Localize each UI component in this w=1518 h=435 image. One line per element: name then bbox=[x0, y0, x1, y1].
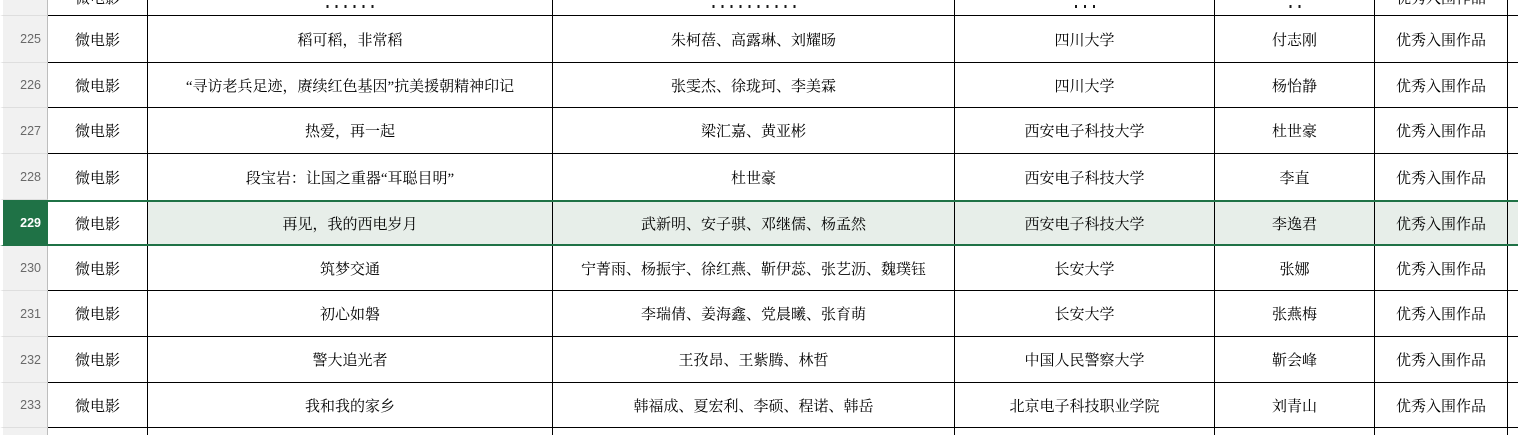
cell-title[interactable]: 段宝岩：让国之重器“耳聪目明” bbox=[148, 154, 553, 200]
cell-university[interactable]: 西安电子科技大学 bbox=[955, 154, 1215, 200]
cell-category[interactable]: 微电影 bbox=[48, 63, 148, 107]
cell-title[interactable]: 稻可稻，非常稻 bbox=[148, 16, 553, 62]
cell-title[interactable] bbox=[148, 428, 553, 435]
cell-extra[interactable] bbox=[1508, 16, 1518, 62]
cell-advisor[interactable]: 刘青山 bbox=[1215, 383, 1375, 427]
cell-extra[interactable] bbox=[1508, 428, 1518, 435]
cell-title[interactable]: 热爱，再一起 bbox=[148, 108, 553, 153]
row-header-231[interactable]: 231 bbox=[0, 291, 48, 337]
table-row: 微电影筑梦交通宁菁雨、杨振宇、徐红燕、靳伊蕊、张艺沥、魏璞钰长安大学张娜优秀入围… bbox=[48, 246, 1518, 291]
cell-advisor[interactable] bbox=[1215, 0, 1375, 15]
cell-authors[interactable]: 宁菁雨、杨振宇、徐红燕、靳伊蕊、张艺沥、魏璞钰 bbox=[553, 246, 955, 290]
cell-university[interactable]: 长安大学 bbox=[955, 291, 1215, 336]
cell-title[interactable]: 再见，我的西电岁月 bbox=[148, 202, 553, 244]
cell-advisor[interactable]: 杨怡静 bbox=[1215, 63, 1375, 107]
cell-authors[interactable]: 李瑞倩、姜海鑫、党晨曦、张育萌 bbox=[553, 291, 955, 336]
table-row: 微电影初心如磐李瑞倩、姜海鑫、党晨曦、张育萌长安大学张燕梅优秀入围作品 bbox=[48, 291, 1518, 337]
spreadsheet-viewport: 225226227228229230231232233 微电影优秀入围作品微电影… bbox=[0, 0, 1518, 435]
row-header-228[interactable]: 228 bbox=[0, 154, 48, 200]
cell-award[interactable]: 优秀入围作品 bbox=[1375, 337, 1508, 382]
cell-authors[interactable]: 朱柯蓓、高露琳、刘耀旸 bbox=[553, 16, 955, 62]
cell-title[interactable]: 初心如磐 bbox=[148, 291, 553, 336]
cell-authors[interactable]: 武新明、安子骐、邓继儒、杨孟然 bbox=[553, 202, 955, 244]
clipped-text-fragment bbox=[327, 5, 374, 8]
row-header-225[interactable]: 225 bbox=[0, 16, 48, 63]
cell-category[interactable]: 微电影 bbox=[48, 383, 148, 427]
cell-award[interactable]: 优秀入围作品 bbox=[1375, 16, 1508, 62]
cell-title[interactable]: “寻访老兵足迹，赓续红色基因”抗美援朝精神印记 bbox=[148, 63, 553, 107]
cell-university[interactable]: 西安电子科技大学 bbox=[955, 202, 1215, 244]
cell-award[interactable]: 优秀入围作品 bbox=[1375, 246, 1508, 290]
cell-category[interactable]: 微电影 bbox=[48, 291, 148, 336]
cell-authors[interactable]: 王孜昂、王紫腾、林哲 bbox=[553, 337, 955, 382]
cell-award[interactable]: 优秀入围作品 bbox=[1375, 383, 1508, 427]
cell-advisor[interactable]: 李直 bbox=[1215, 154, 1375, 200]
cell-category[interactable]: 微电影 bbox=[48, 154, 148, 200]
clipped-text-fragment bbox=[1075, 5, 1095, 8]
cell-university[interactable]: 北京电子科技职业学院 bbox=[955, 383, 1215, 427]
cell-extra[interactable] bbox=[1508, 202, 1518, 244]
cell-extra[interactable] bbox=[1508, 0, 1518, 15]
cell-authors[interactable]: 杜世豪 bbox=[553, 154, 955, 200]
cell-advisor[interactable] bbox=[1215, 428, 1375, 435]
cell-award[interactable]: 优秀入围作品 bbox=[1375, 291, 1508, 336]
cell-category[interactable]: 微电影 bbox=[48, 337, 148, 382]
row-header-233[interactable]: 233 bbox=[0, 383, 48, 428]
cell-university[interactable]: 四川大学 bbox=[955, 16, 1215, 62]
cell-extra[interactable] bbox=[1508, 291, 1518, 336]
cell-award[interactable] bbox=[1375, 428, 1508, 435]
cell-extra[interactable] bbox=[1508, 154, 1518, 200]
clipped-text-fragment: 微电影 bbox=[48, 0, 147, 7]
cell-authors[interactable] bbox=[553, 0, 955, 15]
cell-award[interactable]: 优秀入围作品 bbox=[1375, 154, 1508, 200]
row-header-sliver[interactable] bbox=[0, 428, 48, 435]
cell-category[interactable]: 微电影 bbox=[48, 16, 148, 62]
cell-category[interactable] bbox=[48, 428, 148, 435]
table-row: 微电影我和我的家乡韩福成、夏宏利、李硕、程诺、韩岳北京电子科技职业学院刘青山优秀… bbox=[48, 383, 1518, 428]
cell-title[interactable]: 筑梦交通 bbox=[148, 246, 553, 290]
cell-authors[interactable]: 梁汇嘉、黄亚彬 bbox=[553, 108, 955, 153]
cell-title[interactable]: 我和我的家乡 bbox=[148, 383, 553, 427]
cell-university[interactable]: 长安大学 bbox=[955, 246, 1215, 290]
row-header-partial[interactable] bbox=[0, 0, 48, 16]
table-row: 微电影警大追光者王孜昂、王紫腾、林哲中国人民警察大学靳会峰优秀入围作品 bbox=[48, 337, 1518, 383]
cell-category[interactable]: 微电影 bbox=[48, 0, 148, 15]
row-header-226[interactable]: 226 bbox=[0, 63, 48, 108]
clipped-text-fragment bbox=[1289, 5, 1300, 8]
cell-award[interactable]: 优秀入围作品 bbox=[1375, 108, 1508, 153]
cell-university[interactable] bbox=[955, 0, 1215, 15]
table-row: 微电影稻可稻，非常稻朱柯蓓、高露琳、刘耀旸四川大学付志刚优秀入围作品 bbox=[48, 16, 1518, 63]
cell-advisor[interactable]: 靳会峰 bbox=[1215, 337, 1375, 382]
table-row-partial: 微电影优秀入围作品 bbox=[48, 0, 1518, 16]
cell-university[interactable]: 四川大学 bbox=[955, 63, 1215, 107]
cell-authors[interactable]: 韩福成、夏宏利、李硕、程诺、韩岳 bbox=[553, 383, 955, 427]
cell-award[interactable]: 优秀入围作品 bbox=[1375, 63, 1508, 107]
cell-university[interactable]: 中国人民警察大学 bbox=[955, 337, 1215, 382]
table-row: 微电影“寻访老兵足迹，赓续红色基因”抗美援朝精神印记张雯杰、徐珑珂、李美霖四川大… bbox=[48, 63, 1518, 108]
cell-award[interactable]: 优秀入围作品 bbox=[1375, 202, 1508, 244]
cell-award[interactable]: 优秀入围作品 bbox=[1375, 0, 1508, 15]
grid: 微电影优秀入围作品微电影稻可稻，非常稻朱柯蓓、高露琳、刘耀旸四川大学付志刚优秀入… bbox=[48, 0, 1518, 435]
cell-category[interactable]: 微电影 bbox=[48, 246, 148, 290]
cell-university[interactable] bbox=[955, 428, 1215, 435]
cell-extra[interactable] bbox=[1508, 108, 1518, 153]
row-header-232[interactable]: 232 bbox=[0, 337, 48, 383]
cell-category[interactable]: 微电影 bbox=[48, 202, 148, 244]
cell-advisor[interactable]: 张燕梅 bbox=[1215, 291, 1375, 336]
table-row: 微电影段宝岩：让国之重器“耳聪目明”杜世豪西安电子科技大学李直优秀入围作品 bbox=[48, 154, 1518, 200]
row-header-229[interactable]: 229 bbox=[0, 200, 48, 246]
cell-extra[interactable] bbox=[1508, 246, 1518, 290]
table-row: 微电影再见，我的西电岁月武新明、安子骐、邓继儒、杨孟然西安电子科技大学李逸君优秀… bbox=[48, 200, 1518, 246]
clipped-text-fragment bbox=[712, 5, 795, 8]
cell-category[interactable]: 微电影 bbox=[48, 108, 148, 153]
clipped-text-fragment: 优秀入围作品 bbox=[1375, 0, 1507, 7]
cell-title[interactable] bbox=[148, 0, 553, 15]
cell-extra[interactable] bbox=[1508, 63, 1518, 107]
row-header-column: 225226227228229230231232233 bbox=[0, 0, 48, 435]
table-row-sliver bbox=[48, 428, 1518, 435]
cell-title[interactable]: 警大追光者 bbox=[148, 337, 553, 382]
cell-advisor[interactable]: 付志刚 bbox=[1215, 16, 1375, 62]
cell-authors[interactable]: 张雯杰、徐珑珂、李美霖 bbox=[553, 63, 955, 107]
cell-extra[interactable] bbox=[1508, 383, 1518, 427]
row-header-230[interactable]: 230 bbox=[0, 246, 48, 291]
cell-extra[interactable] bbox=[1508, 337, 1518, 382]
row-header-227[interactable]: 227 bbox=[0, 108, 48, 154]
cell-authors[interactable] bbox=[553, 428, 955, 435]
cell-advisor[interactable]: 杜世豪 bbox=[1215, 108, 1375, 153]
cell-advisor[interactable]: 张娜 bbox=[1215, 246, 1375, 290]
table-row: 微电影热爱，再一起梁汇嘉、黄亚彬西安电子科技大学杜世豪优秀入围作品 bbox=[48, 108, 1518, 154]
cell-university[interactable]: 西安电子科技大学 bbox=[955, 108, 1215, 153]
cell-advisor[interactable]: 李逸君 bbox=[1215, 202, 1375, 244]
